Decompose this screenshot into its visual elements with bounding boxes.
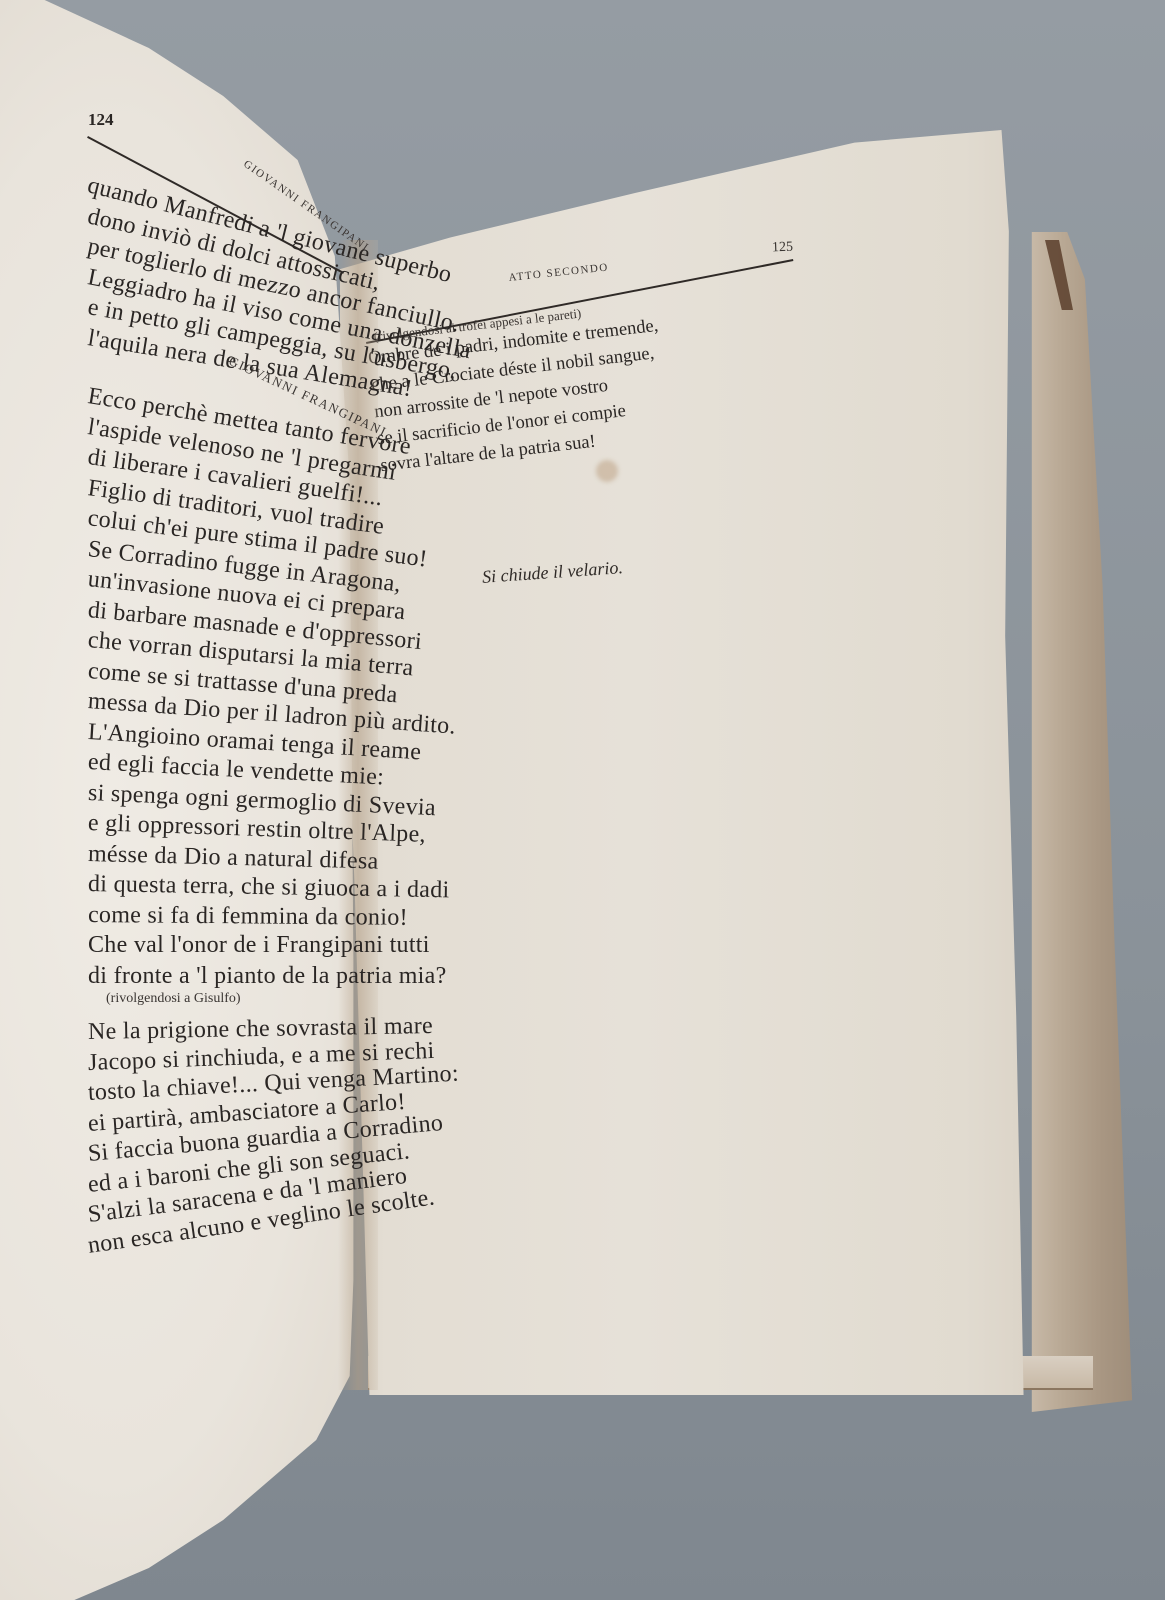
- left-page-number: 124: [88, 110, 114, 130]
- verse-line: come si fa di femmina da conio!: [88, 900, 478, 934]
- right-page-number: 125: [772, 240, 794, 257]
- paper-stain: [596, 460, 618, 482]
- verse-line: Che val l'onor de i Frangipani tutti: [88, 930, 478, 961]
- left-verse-block: quando Manfredi a 'l giovane superbo don…: [88, 170, 478, 1261]
- verse-line: di fronte a 'l pianto de la patria mia?: [88, 961, 478, 992]
